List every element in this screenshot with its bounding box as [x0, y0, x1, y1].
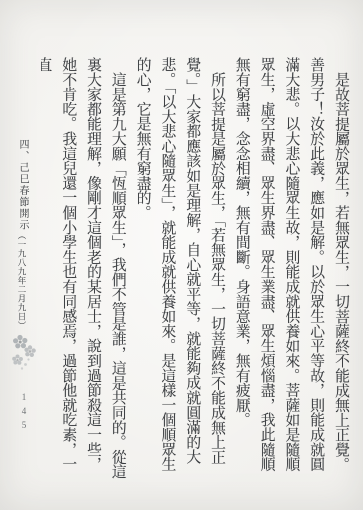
commentary-paragraph: 所以菩提是屬於眾生，「若無眾生，一切菩薩終不能成無上正覺。」大家都應該如是理解，… [130, 57, 229, 486]
sutra-quote-paragraph: 是故菩提屬於眾生，若無眾生，一切菩薩終不能成無上正覺。善男子！汝於此義，應如是解… [229, 57, 353, 486]
page-number: 145 [19, 392, 29, 434]
commentary-paragraph: 這是第九大願「恆順眾生」，我們不管是誰，這是共同的。從這裏大家都能理解，像剛才這… [41, 57, 130, 486]
margin-note-date: （一九八九年二月九日） [17, 231, 27, 330]
page-text-block: 是故菩提屬於眾生，若無眾生，一切菩薩終不能成無上正覺。善男子！汝於此義，應如是解… [41, 57, 353, 486]
margin-note-title: 四、己巳春節開示 [17, 139, 28, 231]
blossom-stamp-icon [7, 331, 39, 381]
